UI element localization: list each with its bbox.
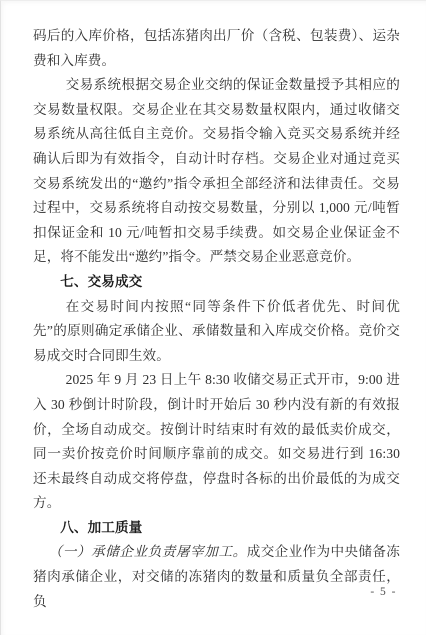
document-page: 码后的入库价格，包括冻猪肉出厂价（含税、包装费）、运杂费和入库费。 交易系统根据… (0, 0, 426, 635)
paragraph-trading-system: 交易系统根据交易企业交纳的保证金数量授予其相应的交易数量权限。交易企业在其交易数… (33, 73, 400, 270)
section-heading-7-trade-completion: 七、交易成交 (33, 270, 400, 295)
paragraph-continuation: 码后的入库价格，包括冻猪肉出厂价（含税、包装费）、运杂费和入库费。 (33, 24, 400, 73)
paragraph-trade-schedule: 2025 年 9 月 23 日上午 8:30 收储交易正式开市，9:00 进入 … (33, 368, 400, 516)
page-number: - 5 - (370, 586, 397, 598)
paragraph-item-1-slaughter-processing: （一）承储企业负责屠宰加工。成交企业作为中央储备冻猪肉承储企业，对交储的冻猪肉的… (33, 540, 400, 614)
paragraph-trade-priority-rule: 在交易时间内按照“同等条件下价低者优先、时间优先”的原则确定承储企业、承储数量和… (33, 295, 400, 369)
section-heading-8-processing-quality: 八、加工质量 (33, 516, 400, 541)
item-lead-kaiti: （一）承储企业负责屠宰加工。 (49, 544, 247, 559)
